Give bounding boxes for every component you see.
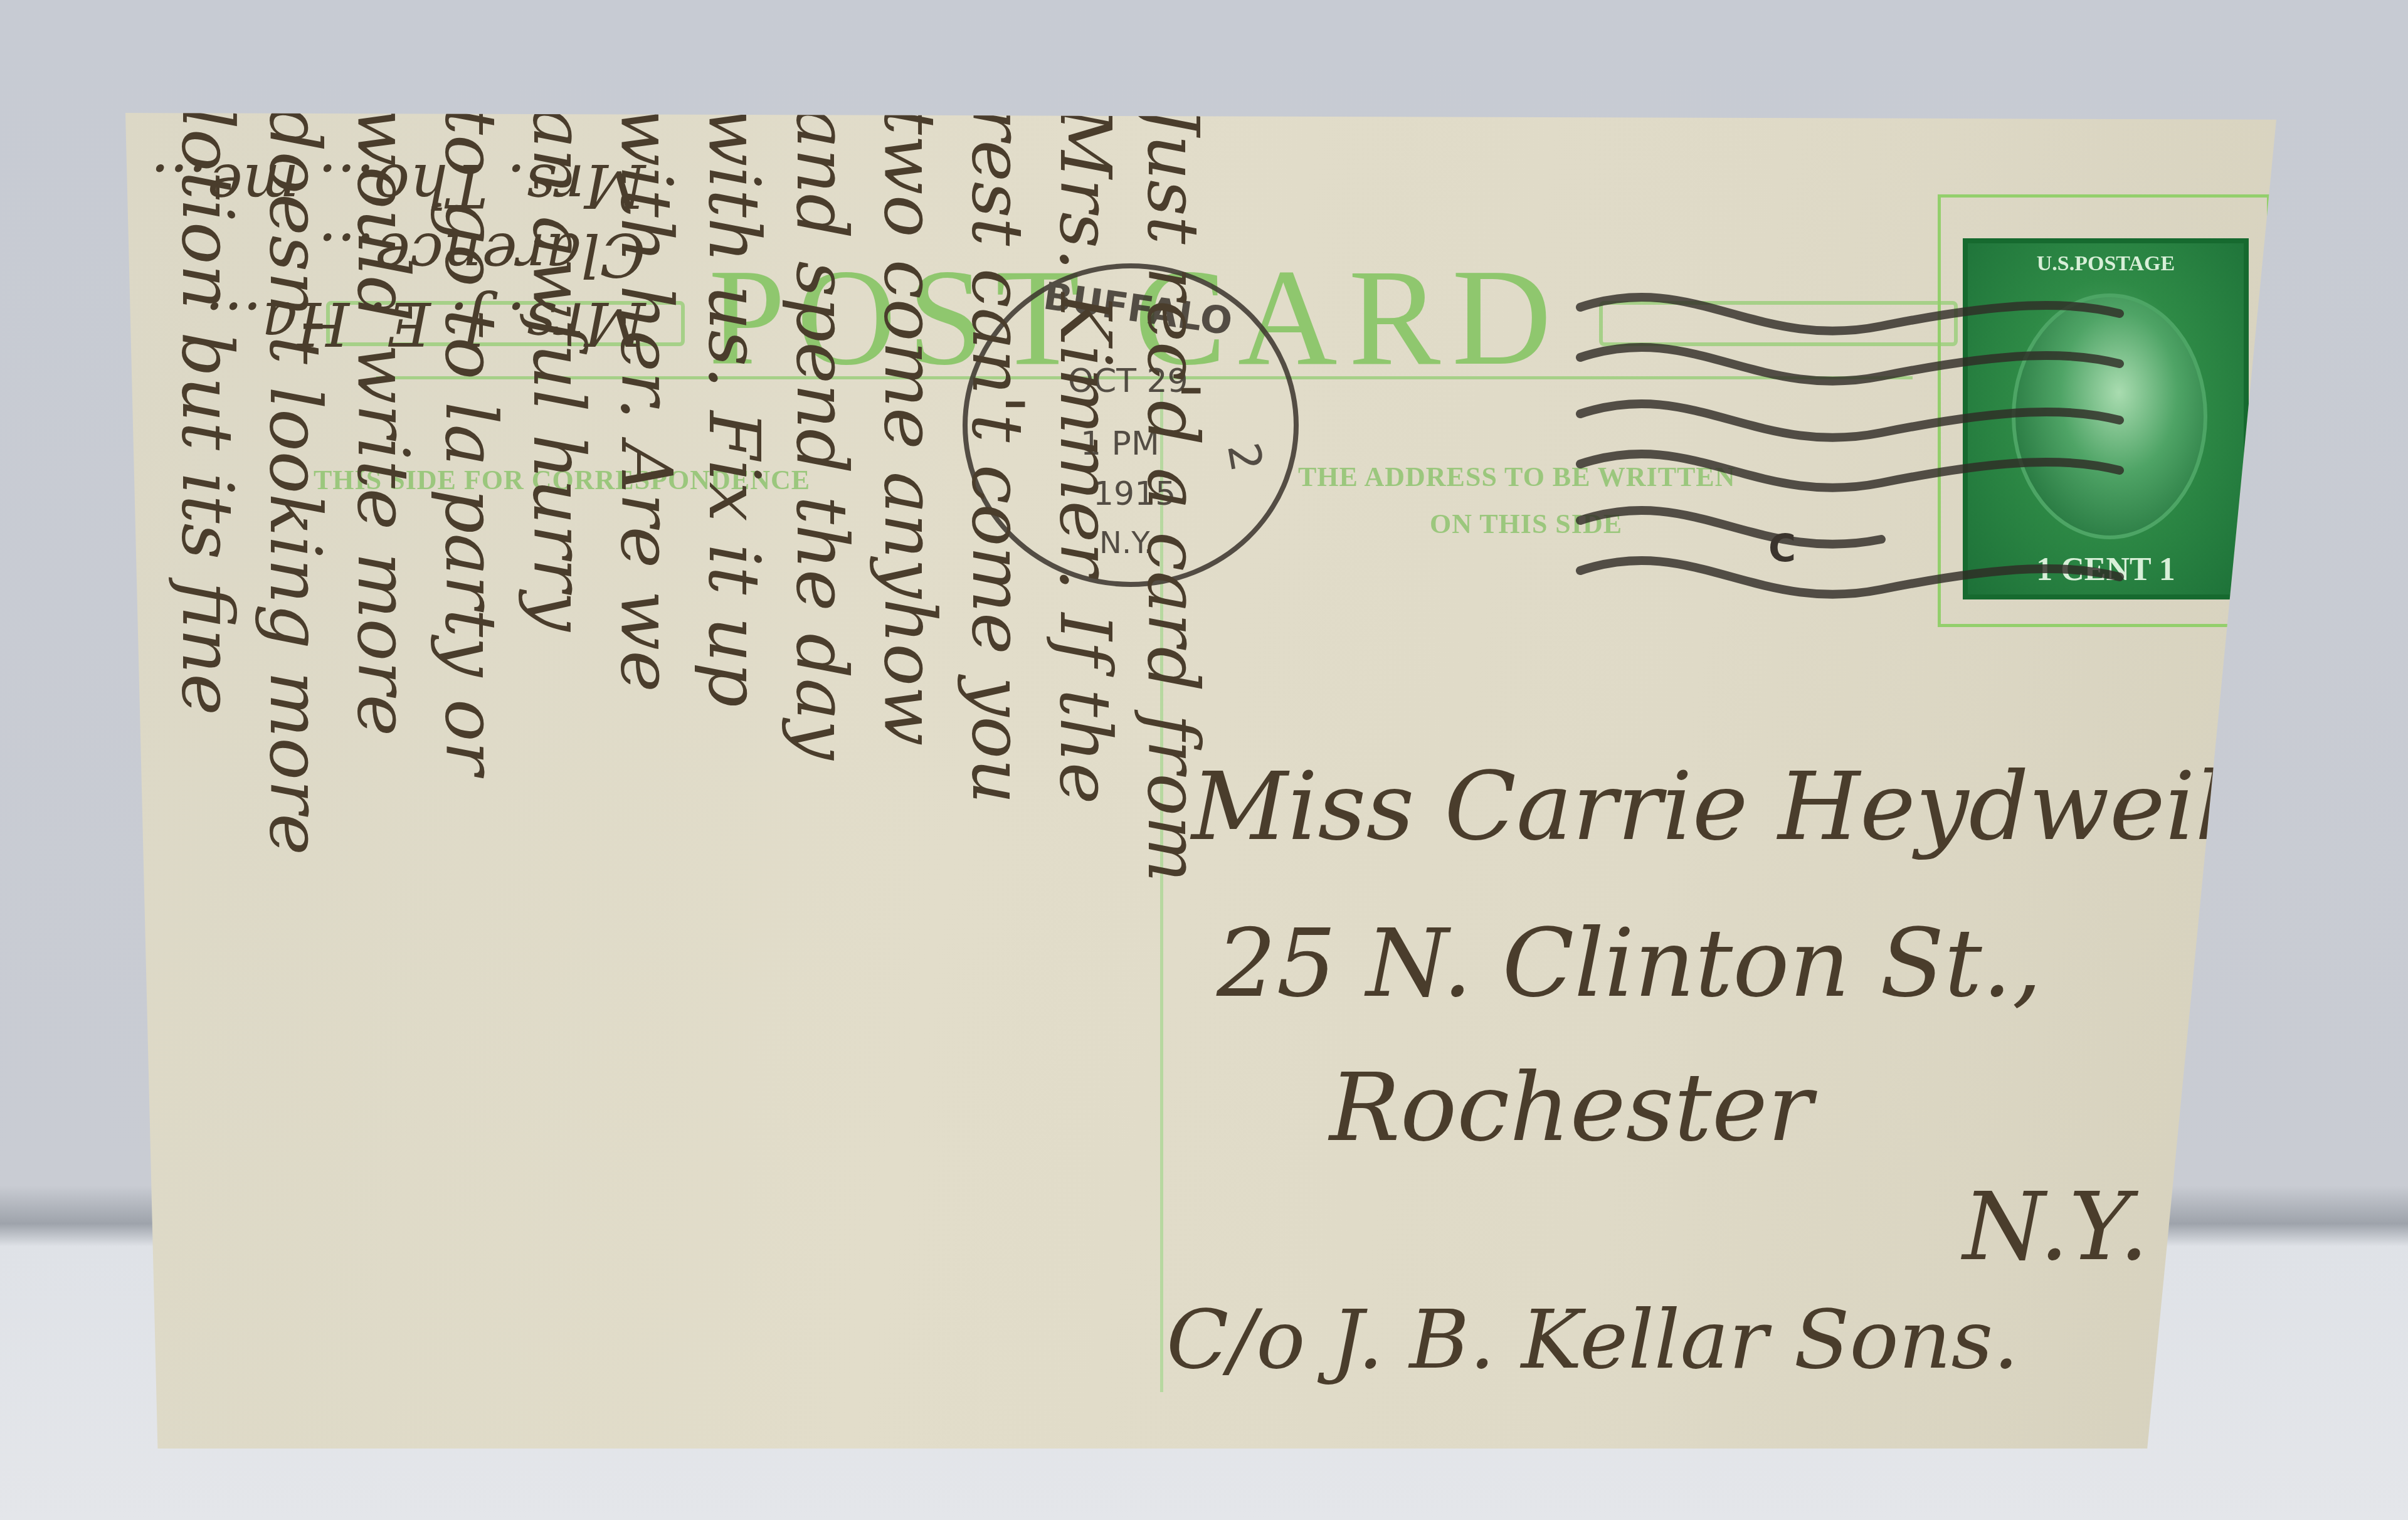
care-of: C/o J. B. Kellar Sons. bbox=[1166, 1292, 2019, 1387]
state: N.Y. bbox=[1963, 1173, 2149, 1282]
message-line: Just rec'd a card from bbox=[1129, 107, 1217, 882]
recipient-name: Miss Carrie Heydweiller bbox=[1191, 752, 2356, 862]
wavy-cancellation-icon bbox=[1568, 276, 2132, 602]
message-line: and spend the day bbox=[778, 107, 865, 882]
note-line: Mrs. Tho... me... bbox=[150, 150, 646, 219]
cancel-letter: C bbox=[1768, 527, 1796, 571]
inverted-note: Mrs. J. E. Ha... Clarence... Mrs. Tho...… bbox=[150, 150, 646, 357]
message-line: rest can't come you bbox=[953, 107, 1041, 882]
city: Rochester bbox=[1329, 1053, 1812, 1163]
street-address: 25 N. Clinton St., bbox=[1217, 909, 2042, 1018]
message-line: with us. Fix it up bbox=[690, 107, 778, 882]
note-line: Clarence... bbox=[150, 219, 646, 288]
postmark-number: 2 bbox=[1217, 439, 1272, 475]
note-line: Mrs. J. E. Ha... bbox=[150, 288, 646, 357]
postcard: POST CARD THIS SIDE FOR CORRESPONDENCE T… bbox=[125, 113, 2276, 1449]
stamp-top-text: U.S.POSTAGE bbox=[1968, 252, 2244, 276]
message-line: two come anyhow bbox=[865, 107, 953, 882]
message-line: Mrs. Kimmer. If the bbox=[1041, 107, 1129, 882]
